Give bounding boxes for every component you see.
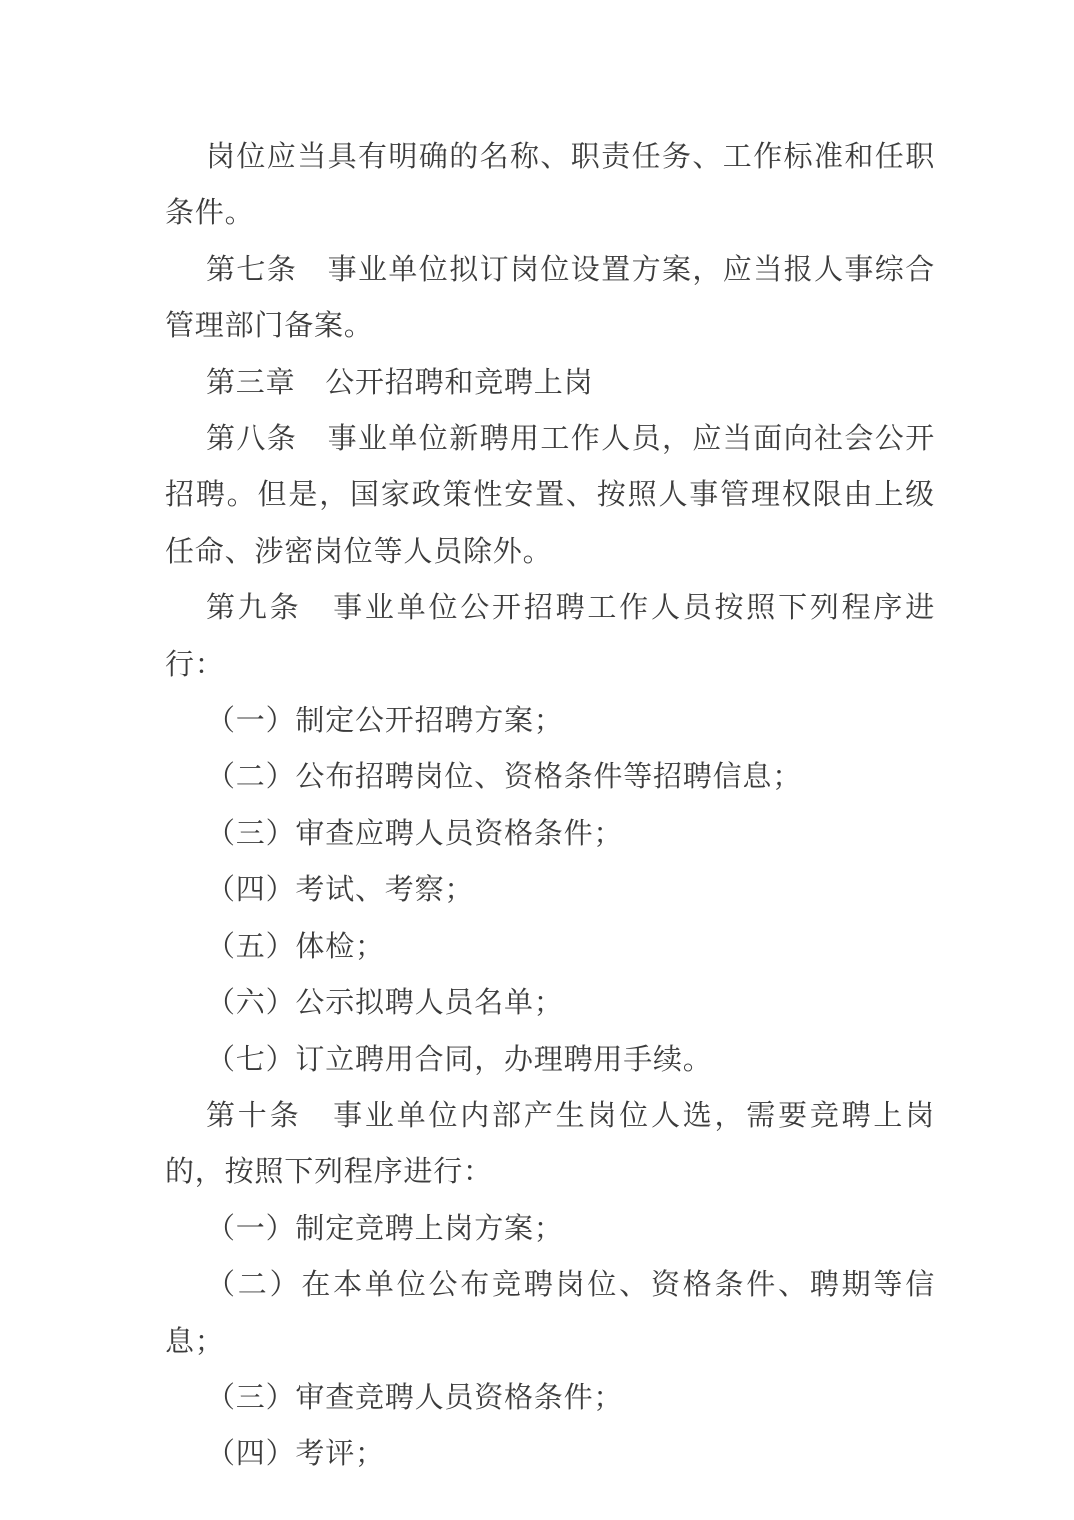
paragraph: （四）考评； — [165, 1426, 935, 1482]
paragraph: （四）考试、考察； — [165, 862, 935, 918]
paragraph: （二）在本单位公布竞聘岗位、资格条件、聘期等信息； — [165, 1257, 935, 1370]
paragraph: （三）审查应聘人员资格条件； — [165, 806, 935, 862]
paragraph: 第十条 事业单位内部产生岗位人选，需要竞聘上岗的，按照下列程序进行： — [165, 1088, 935, 1201]
paragraph: （二）公布招聘岗位、资格条件等招聘信息； — [165, 749, 935, 805]
paragraph: （七）订立聘用合同，办理聘用手续。 — [165, 1032, 935, 1088]
paragraph: 第七条 事业单位拟订岗位设置方案，应当报人事综合管理部门备案。 — [165, 242, 935, 355]
paragraph: 第九条 事业单位公开招聘工作人员按照下列程序进行： — [165, 580, 935, 693]
paragraph: 岗位应当具有明确的名称、职责任务、工作标准和任职条件。 — [165, 129, 935, 242]
paragraph: （一）制定竞聘上岗方案； — [165, 1201, 935, 1257]
paragraph: （六）公示拟聘人员名单； — [165, 975, 935, 1031]
paragraph: （五）体检； — [165, 919, 935, 975]
chapter-heading: 第三章 公开招聘和竞聘上岗 — [165, 355, 935, 411]
paragraph: （一）制定公开招聘方案； — [165, 693, 935, 749]
paragraph: 第八条 事业单位新聘用工作人员，应当面向社会公开招聘。但是，国家政策性安置、按照… — [165, 411, 935, 580]
document-body: 岗位应当具有明确的名称、职责任务、工作标准和任职条件。第七条 事业单位拟订岗位设… — [165, 129, 935, 1483]
paragraph: （三）审查竞聘人员资格条件； — [165, 1370, 935, 1426]
document-page: 岗位应当具有明确的名称、职责任务、工作标准和任职条件。第七条 事业单位拟订岗位设… — [0, 0, 1074, 1520]
